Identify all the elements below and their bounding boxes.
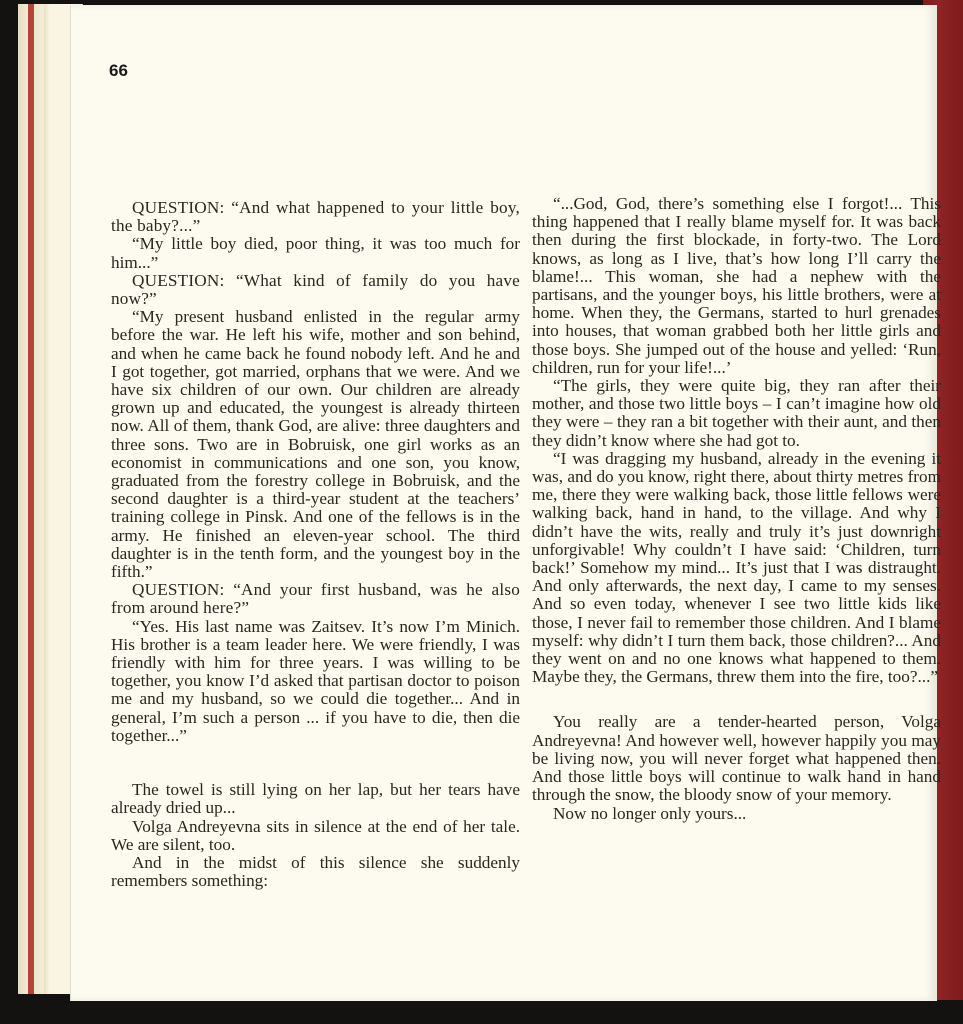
paragraph: “My little boy died, poor thing, it was … [111, 235, 520, 271]
paragraph: QUESTION: “And what happened to your lit… [111, 199, 520, 235]
page-stack-edge [34, 4, 44, 994]
left-column: QUESTION: “And what happened to your lit… [111, 199, 520, 890]
paragraph: “...God, God, there’s something else I f… [532, 195, 941, 377]
paragraph: QUESTION: “What kind of family do you ha… [111, 272, 520, 308]
page-number: 66 [109, 61, 128, 81]
paragraph: And in the midst of this silence she sud… [111, 854, 520, 890]
right-column: “...God, God, there’s something else I f… [532, 195, 941, 823]
paragraph: Now no longer only yours... [532, 805, 941, 823]
paragraph: “I was dragging my husband, already in t… [532, 450, 941, 687]
paragraph: “My present husband enlisted in the regu… [111, 308, 520, 581]
paragraph: Volga Andreyevna sits in silence at the … [111, 818, 520, 854]
section-break [111, 745, 520, 781]
paragraph: QUESTION: “And your first husband, was h… [111, 581, 520, 617]
paragraph: “Yes. His last name was Zaitsev. It’s no… [111, 618, 520, 745]
paragraph: You really are a tender-hearted person, … [532, 713, 941, 804]
section-break [532, 686, 941, 713]
paragraph: The towel is still lying on her lap, but… [111, 781, 520, 817]
paragraph: “The girls, they were quite big, they ra… [532, 377, 941, 450]
